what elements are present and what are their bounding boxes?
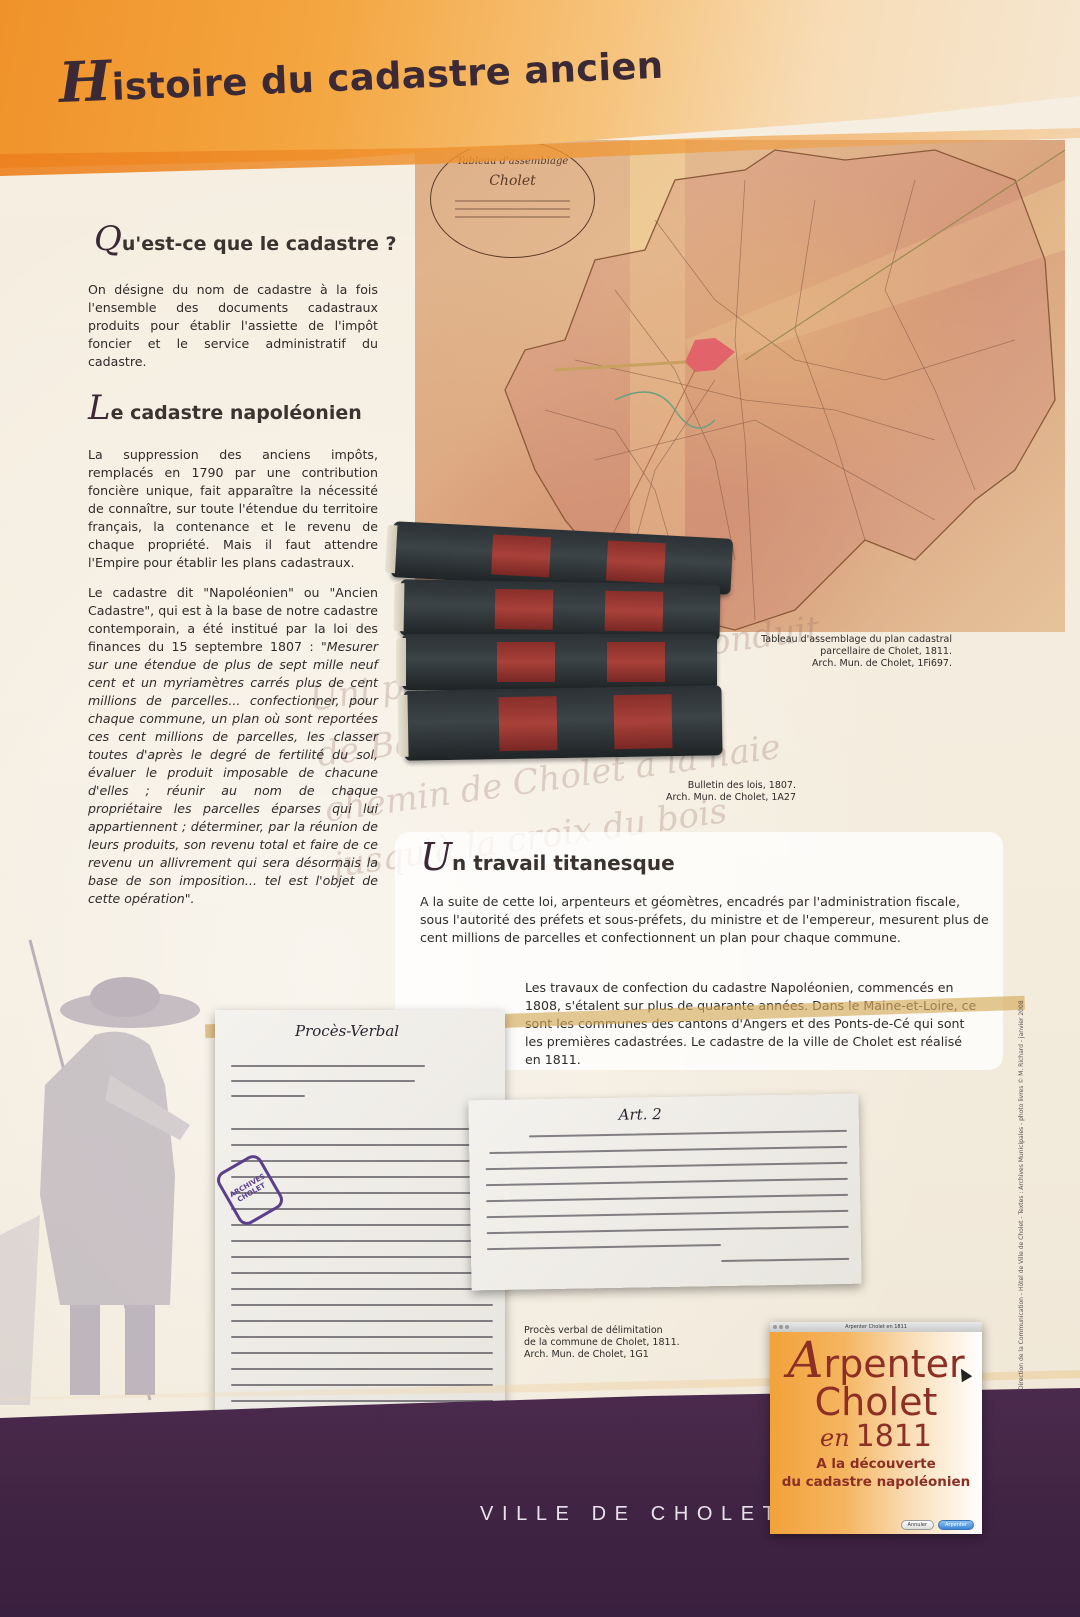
caption-line: de la commune de Cholet, 1811. bbox=[524, 1337, 680, 1349]
caption-line: Arch. Mun. de Cholet, 1A27 bbox=[666, 792, 796, 804]
caption-line: Procès verbal de délimitation bbox=[524, 1325, 680, 1337]
heading-initial: U bbox=[420, 835, 452, 879]
app-title-line3: en1811 bbox=[770, 1421, 982, 1454]
books-image bbox=[382, 530, 742, 775]
proces-verbal-caption: Procès verbal de délimitation de la comm… bbox=[524, 1325, 680, 1361]
app-button-bar: Annuler Arpenter bbox=[901, 1520, 974, 1530]
title-initial: H bbox=[58, 49, 113, 116]
caption-line: Tableau d'assemblage du plan cadastral bbox=[761, 634, 952, 646]
section-body-paragraph: La suppression des anciens impôts, rempl… bbox=[88, 446, 378, 572]
app-window-title: Arpenter Cholet en 1811 bbox=[770, 1324, 982, 1330]
credit-line: Direction de la Communication - Hôtel de… bbox=[1018, 1000, 1025, 1390]
delimitation-document: Art. 2 bbox=[468, 1094, 861, 1291]
app-title-year: 1811 bbox=[856, 1419, 932, 1454]
app-title-line1: Arpenter bbox=[770, 1340, 982, 1383]
section-napoleonic-cadastre: Le cadastre napoléonien La suppression d… bbox=[88, 395, 378, 908]
section-body: A la suite de cette loi, arpenteurs et g… bbox=[420, 893, 990, 947]
cancel-button[interactable]: Annuler bbox=[901, 1520, 934, 1530]
arpenter-button[interactable]: Arpenter bbox=[938, 1520, 974, 1530]
heading-text: u'est-ce que le cadastre ? bbox=[122, 233, 397, 255]
archive-stamp: ARCHIVES CHOLET bbox=[215, 1152, 287, 1229]
section-body: On désigne du nom de cadastre à la fois … bbox=[88, 281, 378, 371]
heading-initial: L bbox=[88, 388, 111, 428]
footer-city-name: VILLE DE CHOLET bbox=[480, 1503, 784, 1526]
caption-line: Bulletin des lois, 1807. bbox=[666, 780, 796, 792]
section-heading: Qu'est-ce que le cadastre ? bbox=[94, 226, 378, 255]
books-caption: Bulletin des lois, 1807. Arch. Mun. de C… bbox=[666, 780, 796, 804]
heading-text: n travail titanesque bbox=[452, 851, 675, 875]
app-splash-content: Arpenter Cholet en1811 A la découverte d… bbox=[770, 1340, 982, 1490]
caption-line: Arch. Mun. de Cholet, 1G1 bbox=[524, 1349, 680, 1361]
app-title-en: en bbox=[820, 1424, 850, 1452]
surveyor-engraving bbox=[0, 935, 220, 1405]
cartouche-city: Cholet bbox=[431, 170, 594, 194]
caption-line: Arch. Mun. de Cholet, 1Fi697. bbox=[761, 658, 952, 670]
section-body-paragraph: Le cadastre dit "Napoléonien" ou "Ancien… bbox=[88, 584, 378, 908]
heading-initial: Q bbox=[94, 219, 122, 259]
heading-text: e cadastre napoléonien bbox=[111, 402, 362, 424]
section-heading: Un travail titanesque bbox=[420, 842, 990, 875]
section-heading: Le cadastre napoléonien bbox=[88, 395, 378, 424]
map-caption: Tableau d'assemblage du plan cadastral p… bbox=[761, 634, 952, 670]
section-titanic-work: Un travail titanesque A la suite de cett… bbox=[420, 842, 990, 947]
proces-verbal-document: Procès-Verbal ARCHIVES CHOLET bbox=[215, 1010, 505, 1440]
app-subtitle-line2: du cadastre napoléonien bbox=[770, 1474, 982, 1490]
law-quote: "Mesurer sur une étendue de plus de sept… bbox=[88, 639, 378, 906]
section-what-is-cadastre: Qu'est-ce que le cadastre ? On désigne d… bbox=[88, 226, 378, 371]
document-title: Procès-Verbal bbox=[295, 1022, 399, 1040]
app-window[interactable]: Arpenter Cholet en 1811 Arpenter Cholet … bbox=[770, 1322, 982, 1534]
document-title: Art. 2 bbox=[618, 1105, 661, 1124]
caption-line: parcellaire de Cholet, 1811. bbox=[761, 646, 952, 658]
app-subtitle-line1: A la découverte bbox=[770, 1456, 982, 1472]
